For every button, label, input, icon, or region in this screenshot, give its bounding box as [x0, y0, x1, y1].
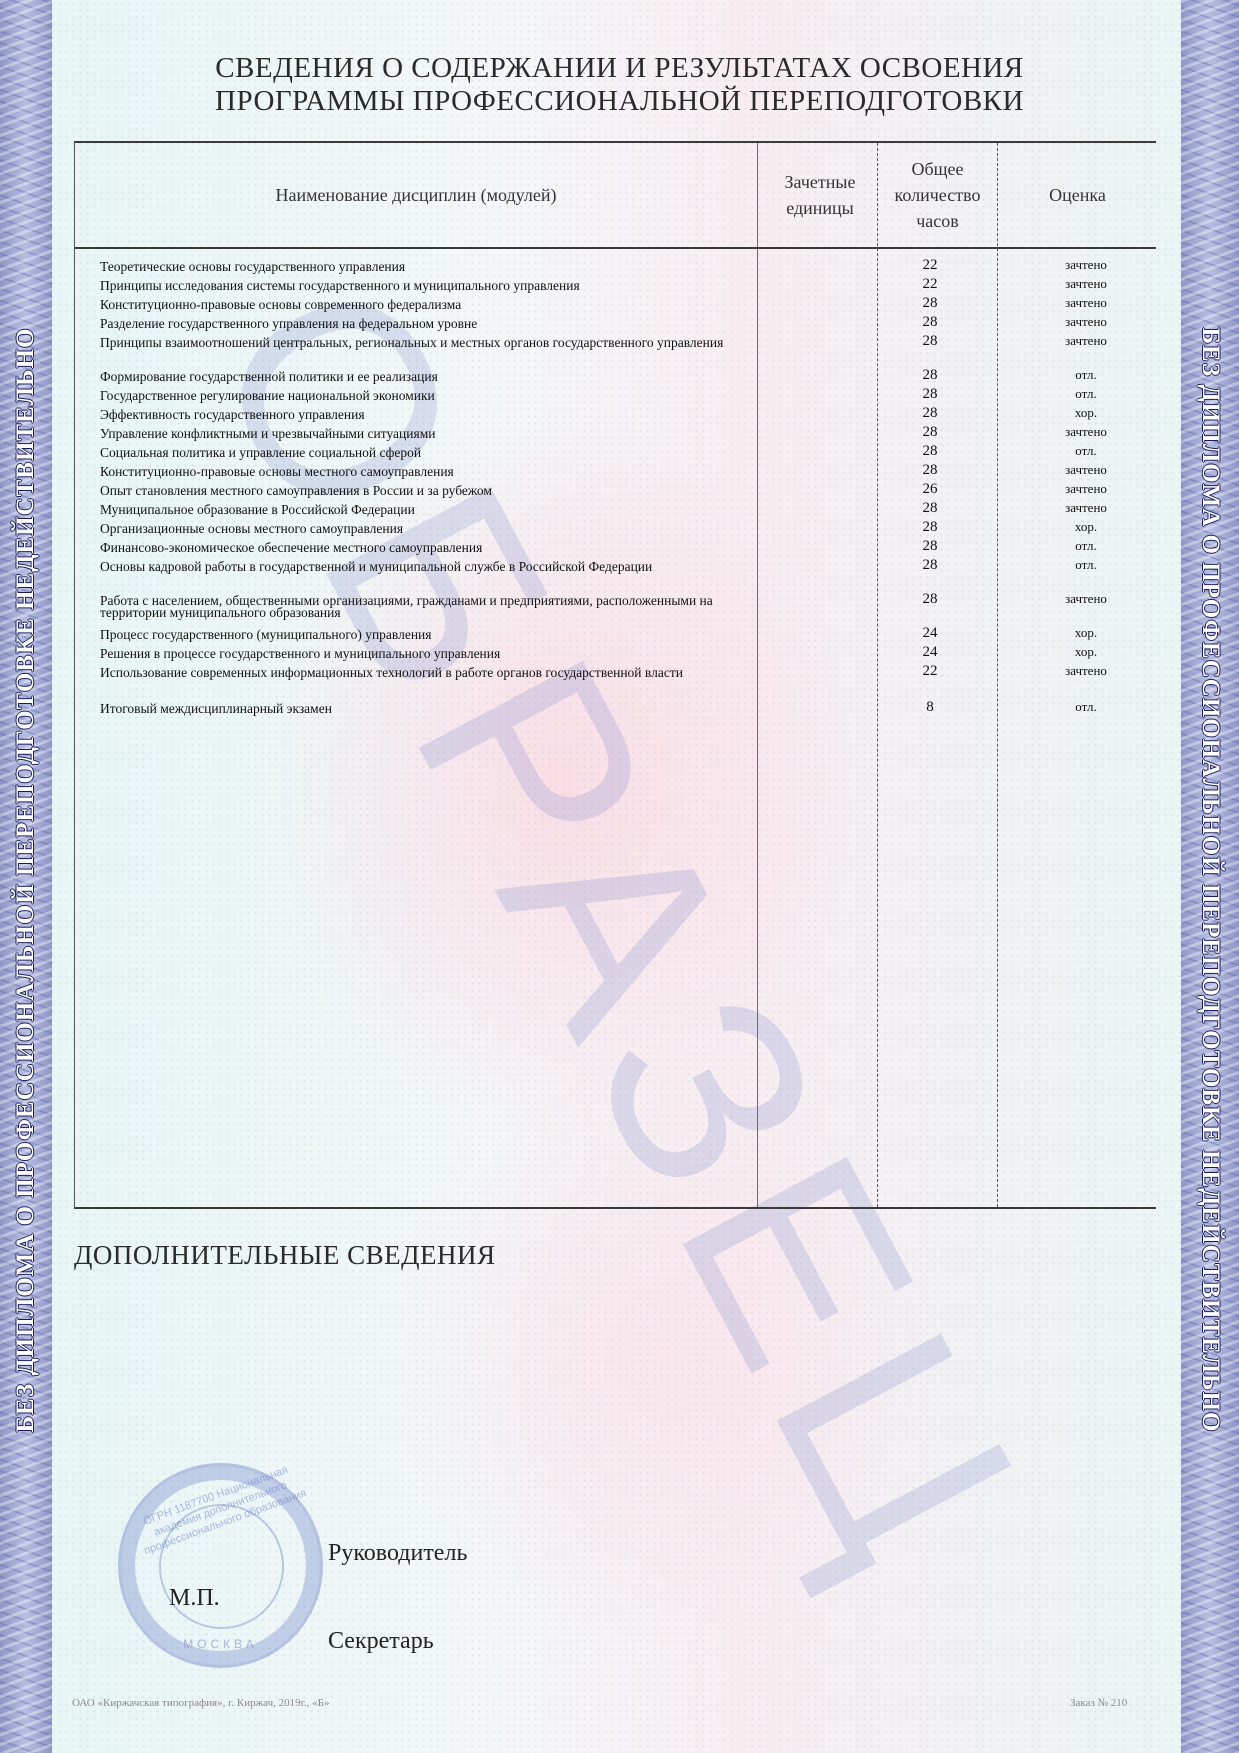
grade-value: зачтено [1021, 297, 1151, 309]
grade-value: хор. [1021, 521, 1151, 533]
grade-value: отл. [1021, 701, 1151, 713]
right-security-border: БЕЗ ДИПЛОМА О ПРОФЕССИОНАЛЬНОЙ ПЕРЕПОДГО… [1181, 0, 1239, 1753]
secretary-signature-label: Секретарь [328, 1628, 434, 1655]
grade-value: зачтено [1021, 259, 1151, 271]
title-line-2: ПРОГРАММЫ ПРОФЕССИОНАЛЬНОЙ ПЕРЕПОДГОТОВК… [0, 85, 1239, 118]
hours-value: 28 [885, 540, 975, 552]
header-total-hours: Общее количество часов [880, 143, 995, 247]
discipline-name: Основы кадровой работы в государственной… [100, 561, 740, 573]
stamp-city: МОСКВА [121, 1637, 320, 1651]
discipline-name: Муниципальное образование в Российской Ф… [100, 504, 740, 516]
discipline-name: Работа с населением, общественными орган… [100, 595, 740, 619]
printer-info: ОАО «Киржачская типография», г. Киржач, … [72, 1697, 330, 1709]
hours-value: 28 [885, 502, 975, 514]
discipline-name: Решения в процессе государственного и му… [100, 648, 740, 660]
hours-value: 24 [885, 627, 975, 639]
order-number: Заказ № 210 [1070, 1697, 1127, 1709]
hours-value: 8 [885, 701, 975, 713]
discipline-name: Конституционно-правовые основы местного … [100, 466, 740, 478]
grade-value: зачтено [1021, 665, 1151, 677]
hours-value: 22 [885, 259, 975, 271]
hours-value: 24 [885, 646, 975, 658]
title-line-1: СВЕДЕНИЯ О СОДЕРЖАНИИ И РЕЗУЛЬТАТАХ ОСВО… [0, 52, 1239, 85]
grade-value: зачтено [1021, 278, 1151, 290]
discipline-name: Конституционно-правовые основы современн… [100, 299, 740, 311]
discipline-name: Организационные основы местного самоупра… [100, 523, 740, 535]
grade-value: зачтено [1021, 593, 1151, 605]
hours-value: 22 [885, 278, 975, 290]
discipline-name: Эффективность государственного управлени… [100, 409, 740, 421]
hours-value: 28 [885, 521, 975, 533]
hours-value: 28 [885, 407, 975, 419]
discipline-name: Итоговый междисциплинарный экзамен [100, 703, 740, 715]
document-title: СВЕДЕНИЯ О СОДЕРЖАНИИ И РЕЗУЛЬТАТАХ ОСВО… [0, 52, 1239, 118]
discipline-name: Формирование государственной политики и … [100, 371, 740, 383]
discipline-name: Теоретические основы государственного уп… [100, 261, 740, 273]
hours-value: 28 [885, 335, 975, 347]
right-border-text: БЕЗ ДИПЛОМА О ПРОФЕССИОНАЛЬНОЙ ПЕРЕПОДГО… [1196, 328, 1224, 1433]
grade-value: отл. [1021, 388, 1151, 400]
table-row: Принципы взаимоотношений центральных, ре… [75, 337, 1156, 371]
grade-value: хор. [1021, 627, 1151, 639]
grade-value: зачтено [1021, 483, 1151, 495]
table-row: Использование современных информационных… [75, 667, 1156, 701]
header-discipline-name: Наименование дисциплин (модулей) [75, 143, 757, 247]
grade-value: отл. [1021, 559, 1151, 571]
grade-value: зачтено [1021, 316, 1151, 328]
grade-value: отл. [1021, 540, 1151, 552]
discipline-name: Процесс государственного (муниципального… [100, 629, 740, 641]
grade-value: отл. [1021, 369, 1151, 381]
grade-value: отл. [1021, 445, 1151, 457]
official-stamp: ОГРН 1187700 Национальная академия допол… [118, 1463, 323, 1668]
additional-info-title: ДОПОЛНИТЕЛЬНЫЕ СВЕДЕНИЯ [74, 1240, 496, 1271]
hours-value: 26 [885, 483, 975, 495]
hours-value: 28 [885, 369, 975, 381]
hours-value: 28 [885, 297, 975, 309]
discipline-name: Социальная политика и управление социаль… [100, 447, 740, 459]
discipline-name: Управление конфликтными и чрезвычайными … [100, 428, 740, 440]
grade-value: зачтено [1021, 464, 1151, 476]
grade-value: зачтено [1021, 502, 1151, 514]
hours-value: 28 [885, 464, 975, 476]
hours-value: 28 [885, 426, 975, 438]
table-row: Основы кадровой работы в государственной… [75, 561, 1156, 595]
table-body: Теоретические основы государственного уп… [75, 261, 1156, 722]
hours-value: 22 [885, 665, 975, 677]
discipline-name: Опыт становления местного самоуправления… [100, 485, 740, 497]
left-security-border: БЕЗ ДИПЛОМА О ПРОФЕССИОНАЛЬНОЙ ПЕРЕПОДГО… [0, 0, 52, 1753]
hours-value: 28 [885, 559, 975, 571]
discipline-name: Государственное регулирование национальн… [100, 390, 740, 402]
grade-value: зачтено [1021, 335, 1151, 347]
discipline-name: Использование современных информационных… [100, 667, 740, 679]
disciplines-table: Наименование дисциплин (модулей) Зачетны… [74, 141, 1156, 1209]
discipline-name: Принципы исследования системы государств… [100, 280, 740, 292]
header-credits: Зачетные единицы [765, 143, 875, 247]
grade-value: хор. [1021, 646, 1151, 658]
left-border-text: БЕЗ ДИПЛОМА О ПРОФЕССИОНАЛЬНОЙ ПЕРЕПОДГО… [12, 328, 40, 1433]
director-signature-label: Руководитель [328, 1540, 467, 1567]
header-divider [75, 247, 1156, 249]
discipline-name: Финансово-экономическое обеспечение мест… [100, 542, 740, 554]
grade-value: хор. [1021, 407, 1151, 419]
hours-value: 28 [885, 445, 975, 457]
header-grade: Оценка [1000, 143, 1155, 247]
hours-value: 28 [885, 316, 975, 328]
discipline-name: Принципы взаимоотношений центральных, ре… [100, 337, 740, 349]
stamp-place-label: М.П. [169, 1585, 220, 1612]
grade-value: зачтено [1021, 426, 1151, 438]
table-row: Работа с населением, общественными орган… [75, 595, 1156, 629]
discipline-name: Разделение государственного управления н… [100, 318, 740, 330]
hours-value: 28 [885, 388, 975, 400]
table-row: Итоговый междисциплинарный экзамен8отл. [75, 703, 1156, 722]
hours-value: 28 [885, 593, 975, 605]
